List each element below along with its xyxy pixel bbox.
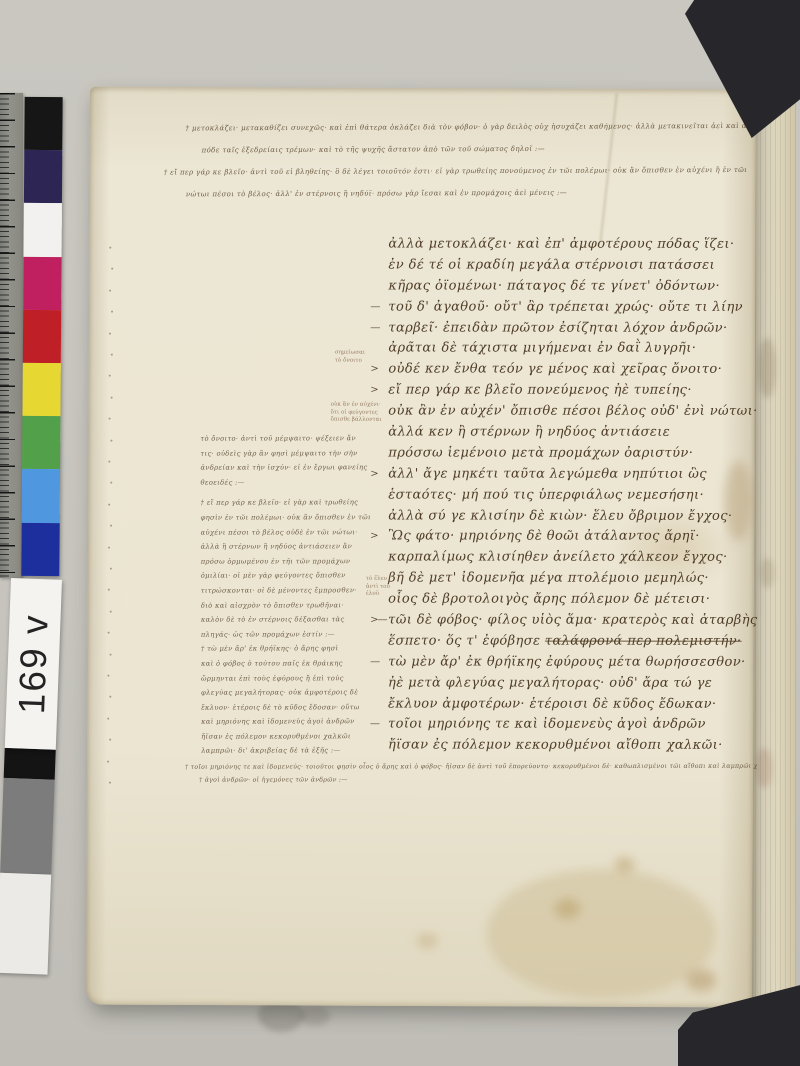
scholia-line: † τὼ μὲν ἄρ' ἐκ θρήϊκης· ὁ ἄρης φησὶ [201,642,379,657]
verse-line: >Ὣς φάτο· μηριόνης δὲ θοῶι ἀτάλαντος ἄρη… [370,529,748,550]
grayscale-strip [0,748,56,975]
verse-line: —ταρβεῖ· ἐπειδὰν πρῶτον ἐσίζηται λόχον ἀ… [370,320,748,341]
verse-text: ἤϊσαν ἐς πόλεμον κεκορυθμένοι αἴθοπι χαλ… [388,738,723,753]
left-scholia-para2: † εἴ περ γάρ κε βλεῖο· εἰ γὰρ καὶ τρωθεί… [201,496,380,759]
verse-line: ἔκλυον ἀμφοτέρων· ἑτέροισι δὲ κῦδος ἔδωκ… [370,696,748,717]
critical-sign: — [370,301,388,312]
manuscript-photo: † μετοκλάζει· μετακαθίζει συνεχῶς· καὶ ἐ… [0,0,800,1066]
scholia-line: καὶ μηριόνης καὶ ἰδομενεὺς ἀγοὶ ἀνδρῶν [201,714,379,729]
verse-line: >ἀλλ' ἄγε μηκέτι ταῦτα λεγώμεθα νηπύτιοι… [370,466,748,487]
color-patch [22,363,60,416]
scholia-line: † εἴ περ γάρ κε βλεῖο· ἀντὶ τοῦ εἰ βληθε… [164,159,764,184]
scholia-line: αὐχένι πέσοι τὸ βέλος οὐδὲ ἐν τῶι νώτωι· [201,525,379,540]
verse-line: ἑσταότες· μή πού τις ὑπερφιάλως νεμεσήση… [370,487,748,508]
label-strip: 169 v [0,578,62,975]
scholia-line: † μετοκλάζει· μετακαθίζει συνεχῶς· καὶ ἐ… [185,115,763,140]
verse-text: κῆρας ὀϊομένωι· πάταγος δέ τε γίνετ' ὀδό… [388,278,720,293]
verse-text: οὐκ ἂν ἐν αὐχέν' ὄπισθε πέσοι βέλος οὐδ'… [388,404,757,419]
margin-note-a: σημείωσαιτὸ ὄνοιτο [335,350,365,365]
verse-line: οὐκ ἂν ἐν αὐχέν' ὄπισθε πέσοι βέλος οὐδ'… [370,404,748,425]
verse-line: ἀρᾶται δὲ τάχιστα μιγήμεναι ἐν δαῒ λυγρῆ… [370,341,748,362]
verse-text: ἐν δέ τέ οἱ κραδίη μεγάλα στέρνοισι πατά… [388,257,715,272]
verse-text: Ὣς φάτο· μηριόνης δὲ θοῶι ἀτάλαντος ἄρηϊ… [388,529,700,544]
stain-spot [615,857,635,873]
verse-text: ἑσταότες· μή πού τις ὑπερφιάλως νεμεσήση… [388,487,704,502]
critical-sign: > [370,364,388,375]
verse-text: ταρβεῖ· ἐπειδὰν πρῶτον ἐσίζηται λόχον ἀν… [388,320,727,335]
verse-text: εἴ περ γάρ κε βλεῖο πονεύμενος ἠὲ τυπείη… [388,383,692,398]
grayscale-patch [0,778,54,875]
critical-sign: — [370,322,388,333]
color-patch [21,522,59,575]
color-patch [23,256,61,309]
stain-spot [416,933,438,949]
scholia-line: φλεγύας μεγαλήτορας· οὐκ ἀμφοτέροις δὲ [201,685,379,700]
scholia-line: φησὶν ἐν τῶι πολέμωι· οὐκ ἂν ὄπισθεν ἐν … [201,510,379,525]
water-stain [486,868,717,999]
scholia-line: διὸ καὶ αἰσχρὸν τὸ ὄπισθεν τρωθῆναι· [201,598,379,613]
verse-text-struck: ταλάφρονά περ πολεμιστήν· [545,634,742,649]
grayscale-patch [0,873,51,975]
scholia-line: πληγάς· ὡς τῶν προμάχων ἐστίν :— [201,627,379,642]
color-patch [24,150,62,203]
scholia-line: ὁμιλίαι· οἱ μὲν γὰρ φεύγοντες ὄπισθεν [201,569,379,584]
verse-line: >οὐδέ κεν ἔνθα τεόν γε μένος καὶ χεῖρας … [370,362,748,383]
book-fore-edge [750,88,796,1008]
verse-text: τῶι δὲ φόβος· φίλος υἱὸς ἅμα· κρατερὸς κ… [388,612,757,627]
scholia-line: ἔκλυον· ἑτέροις δὲ τὸ κῦδος ἔδοσαν· οὕτω [201,700,379,715]
left-scholia-para1: τὸ ὄνοιτο· ἀντὶ τοῦ μέμψαιτο· ψέξειεν ἄν… [200,431,378,490]
verse-text: οὐδέ κεν ἔνθα τεόν γε μένος καὶ χεῖρας ὄ… [388,362,722,377]
stain-spot [686,969,716,991]
verse-text: ἕσπετο· ὅς τ' ἐφόβησε [388,633,545,648]
color-patch [24,203,62,256]
verse-line: ἀλλά κεν ἢ στέρνων ἢ νηδύος ἀντιάσειε [370,424,748,445]
main-text-column: ἀλλὰ μετοκλάζει· καὶ ἐπ' ἀμφοτέρους πόδα… [370,236,748,759]
verse-text: ἔκλυον ἀμφοτέρων· ἑτέροισι δὲ κῦδος ἔδωκ… [388,696,716,711]
verse-line: βῆ δὲ μετ' ἰδομενῆα μέγα πτολέμοιο μεμηλ… [370,571,748,592]
verse-line: ἠὲ μετὰ φλεγύας μεγαλήτορας· οὐδ' ἄρα τώ… [370,675,748,696]
ruler-cm-ticks [0,93,15,578]
scholia-line: λαμπρῶι· δι' ἀκριβείας δὲ τὰ ἑξῆς :— [201,744,379,759]
scholia-line: πόδε ταῖς ἐξεδρείαις τρέμων· καὶ τὸ τῆς … [202,137,622,161]
verse-line: ἀλλὰ μετοκλάζει· καὶ ἐπ' ἀμφοτέρους πόδα… [370,236,748,257]
scholia-line: ἤϊσαν ἐς πόλεμον κεκορυθμένοι χαλκῶι [201,729,379,744]
verse-text: τοῖοι μηριόνης τε καὶ ἰδομενεὺς ἀγοὶ ἀνδ… [388,717,706,732]
verse-text: πρόσσω ἱεμένοιο μετὰ προμάχων ὀαριστύν· [388,445,693,460]
note-line: ὄπισθε βάλλονται [331,417,382,425]
scholia-line: † ἀγοὶ ἀνδρῶν· οἱ ἡγεμόνες τῶν ἀνδρῶν :— [199,773,379,786]
color-patch [22,469,60,522]
verse-text: ἀλλ' ἄγε μηκέτι ταῦτα λεγώμεθα νηπύτιοι … [388,466,707,481]
left-scholia-block: τὸ ὄνοιτο· ἀντὶ τοῦ μέμψαιτο· ψέξειεν ἄν… [200,431,379,759]
stain-spot [554,899,580,919]
verse-text: ἀρᾶται δὲ τάχιστα μιγήμεναι ἐν δαῒ λυγρῆ… [388,341,696,356]
folio-number-text: 169 v [11,613,57,715]
scholia-line: καὶ ὁ φόβος ὁ τούτου παῖς ἐκ θράικης [201,656,379,671]
folio-number-label: 169 v [5,578,62,750]
bottom-scholia-block: † τοῖοι μηριόνης τε καὶ ἰδομενεύς· τοιοῦ… [185,760,757,787]
scholia-line: † εἴ περ γάρ κε βλεῖο· εἰ γὰρ καὶ τρωθεί… [201,496,379,511]
note-line: τὸ ἕλευ [366,576,390,584]
verse-text: τοῦ δ' ἀγαθοῦ· οὔτ' ἂρ τρέπεται χρώς· οὔ… [388,299,743,314]
verse-text: βῆ δὲ μετ' ἰδομενῆα μέγα πτολέμοιο μεμηλ… [388,571,709,586]
color-patch [22,416,60,469]
scholia-line: καλὸν δὲ τὸ ἐν στέρνοις δέξασθαι τὰς [201,612,379,627]
top-scholia-block: † μετοκλάζει· μετακαθίζει συνεχῶς· καὶ ἐ… [163,115,763,206]
verse-text: ἀλλὰ σύ γε κλισίην δὲ κιὼν· ἕλευ ὄβριμον… [388,508,732,523]
verse-text: ἀλλά κεν ἢ στέρνων ἢ νηδύος ἀντιάσειε [388,424,670,439]
color-patch [23,310,61,363]
color-patch [24,97,62,150]
scholia-line: τις· οὐδεὶς γὰρ ἂν φησὶ μέμψαιτο τὴν σὴν [200,446,378,461]
scholia-line: ὥρμηνται ἐπὶ τοὺς ἐφύρους ἢ ἐπὶ τοὺς [201,671,379,686]
cast-shadow [300,1006,330,1026]
ruler [0,93,23,578]
scholia-line: τὸ ὄνοιτο· ἀντὶ τοῦ μέμψαιτο· ψέξειεν ἄν [200,431,378,446]
margin-note-c: τὸ ἕλευἀντὶ τοῦἑλοῦ [366,576,390,599]
margin-note-b: οὐκ ἂν ἐν αὐχένι·ὅτι οἱ φεύγοντεςὄπισθε … [331,402,382,425]
critical-sign: > [370,385,388,396]
verse-line: πρόσσω ἱεμένοιο μετὰ προμάχων ὀαριστύν· [370,445,748,466]
verse-line: ἕσπετο· ὅς τ' ἐφόβησε ταλάφρονά περ πολε… [370,633,748,654]
verse-text: ἀλλὰ μετοκλάζει· καὶ ἐπ' ἀμφοτέρους πόδα… [388,236,734,251]
note-line: ἑλοῦ [366,591,390,599]
scholia-line: θεοειδές :— [200,475,378,490]
fore-edge-mark [756,748,772,788]
verse-line: >εἴ περ γάρ κε βλεῖο πονεύμενος ἠὲ τυπεί… [370,383,748,404]
parchment-page: † μετοκλάζει· μετακαθίζει συνεχῶς· καὶ ἐ… [86,87,756,1008]
verse-line: ἤϊσαν ἐς πόλεμον κεκορυθμένοι αἴθοπι χαλ… [370,738,748,759]
scholia-line: ἀνδρείαν καὶ τὴν ἰσχύν· εἰ ἐν ἔργωι φανε… [200,460,378,475]
verse-line: καρπαλίμως κλισίηθεν ἀνείλετο χάλκεον ἔγ… [370,550,748,571]
scholia-line: νώτωι πέσοι τὸ βέλος· ἀλλ' ἐν στέρνοις ἢ… [186,181,656,205]
scholia-line: † τοῖοι μηριόνης τε καὶ ἰδομενεύς· τοιοῦ… [185,760,757,774]
verse-text: ἠὲ μετὰ φλεγύας μεγαλήτορας· οὐδ' ἄρα τώ… [388,675,712,690]
verse-text: οἷος δὲ βροτολοιγὸς ἄρης πόλεμον δὲ μέτε… [388,592,710,607]
grayscale-patch [4,748,56,780]
verse-line: ἐν δέ τέ οἱ κραδίη μεγάλα στέρνοισι πατά… [370,257,748,278]
fore-edge-stain [758,338,776,398]
color-calibration-bar [21,97,62,576]
verse-line: —τοῖοι μηριόνης τε καὶ ἰδομενεὺς ἀγοὶ ἀν… [370,717,748,738]
scholia-line: τιτρώσκονται· οἱ δὲ μένοντες ἔμπροσθεν· [201,583,379,598]
verse-line: >—τῶι δὲ φόβος· φίλος υἱὸς ἅμα· κρατερὸς… [370,612,748,633]
verse-text: καρπαλίμως κλισίηθεν ἀνείλετο χάλκεον ἔγ… [388,550,727,565]
verse-line: —τὼ μὲν ἄρ' ἐκ θρήϊκης ἐφύρους μέτα θωρή… [370,654,748,675]
scholia-line: ἀλλὰ ἢ στέρνων ἢ νηδύος ἀντιάσειεν ἂν [201,539,379,554]
scholia-line: πρόσω ὁρμωμένου ἐν τῆι τῶν προμάχων [201,554,379,569]
fore-edge-stain [760,558,774,588]
verse-line: ἀλλὰ σύ γε κλισίην δὲ κιὼν· ἕλευ ὄβριμον… [370,508,748,529]
verse-line: —τοῦ δ' ἀγαθοῦ· οὔτ' ἂρ τρέπεται χρώς· ο… [370,299,748,320]
verse-text: τὼ μὲν ἄρ' ἐκ θρήϊκης ἐφύρους μέτα θωρήσ… [388,654,745,669]
verse-line: κῆρας ὀϊομένωι· πάταγος δέ τε γίνετ' ὀδό… [370,278,748,299]
note-line: οὐκ ἂν ἐν αὐχένι· [331,402,382,410]
note-line: σημείωσαι [335,350,365,358]
verse-line: οἷος δὲ βροτολοιγὸς ἄρης πόλεμον δὲ μέτε… [370,592,748,613]
note-line: τὸ ὄνοιτο [335,357,365,365]
note-line: ἀντὶ τοῦ [366,583,390,591]
